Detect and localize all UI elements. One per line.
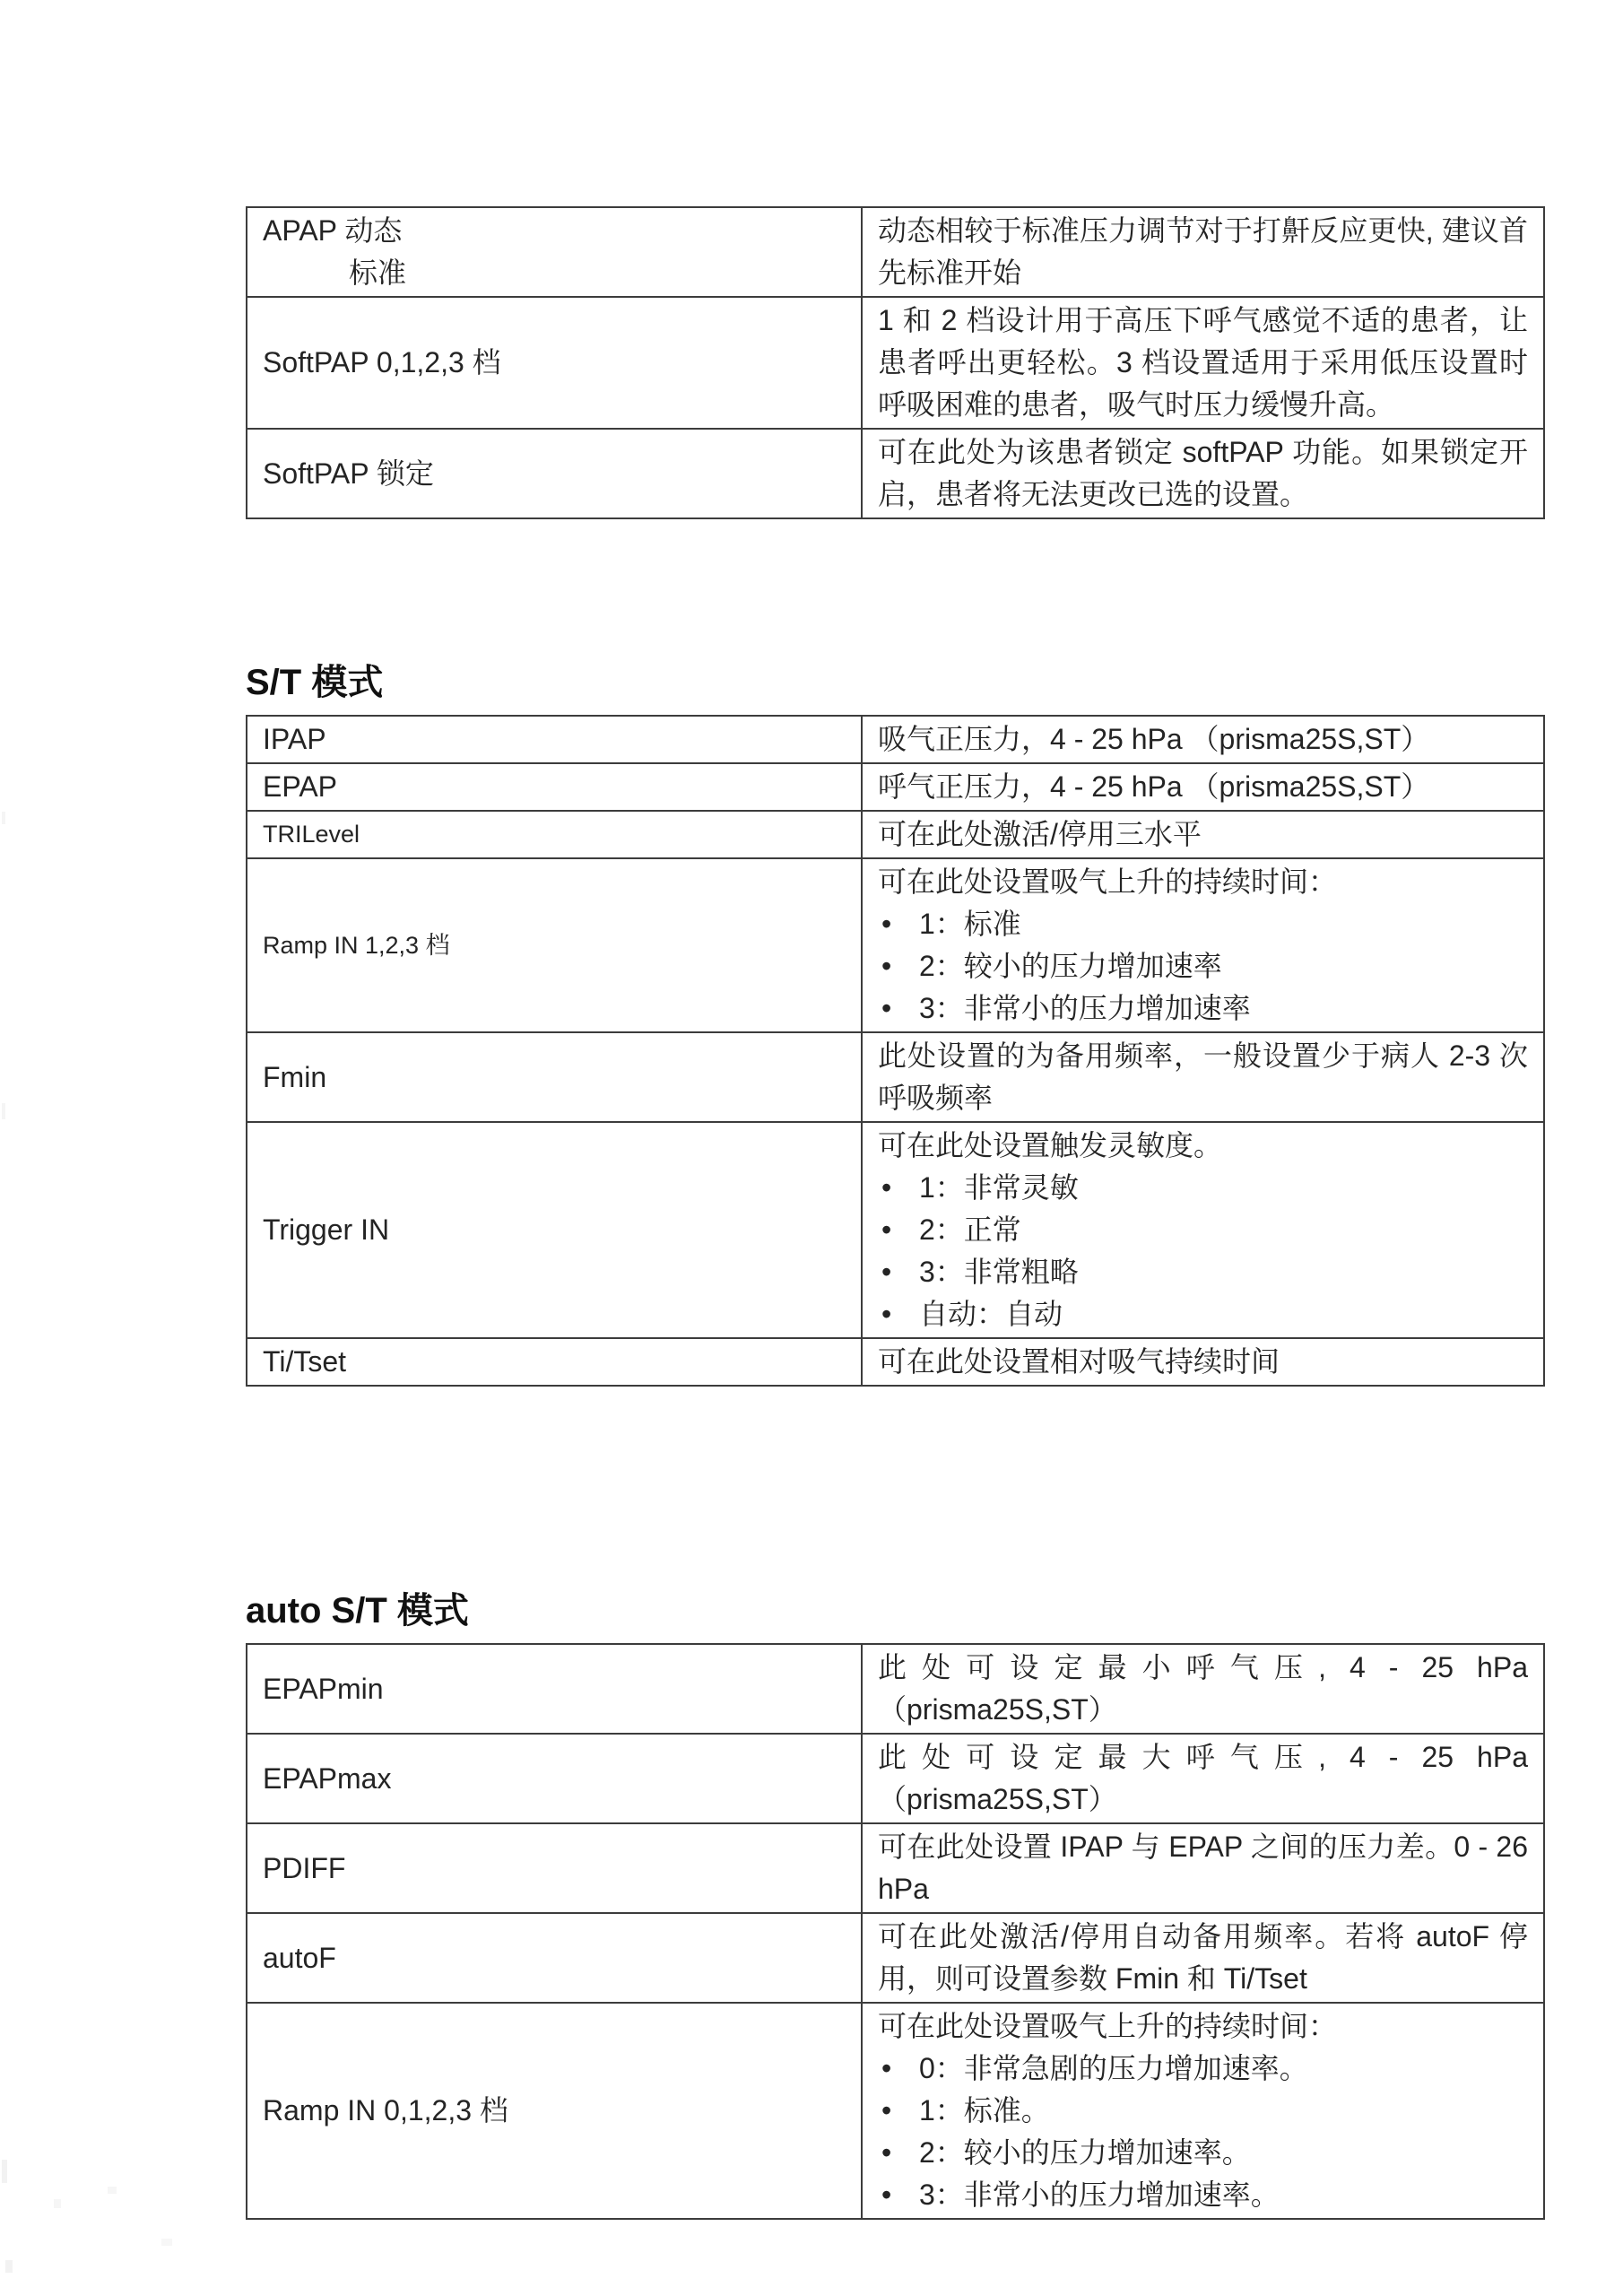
bullet-item: 3：非常小的压力增加速率 [878, 987, 1528, 1030]
table-row: Trigger IN 可在此处设置触发灵敏度。 1：非常灵敏 2：正常 3：非常… [247, 1122, 1544, 1338]
param-description: 吸气正压力，4 - 25 hPa （prisma25S,ST） [878, 718, 1528, 761]
param-cell-softpap-levels: SoftPAP 0,1,2,3 档 [247, 297, 862, 429]
param-label: TRILevel [263, 813, 846, 856]
table-row: Ramp IN 0,1,2,3 档 可在此处设置吸气上升的持续时间： 0：非常急… [247, 2003, 1544, 2219]
param-label: EPAP [263, 766, 846, 808]
section-heading-auto-st-mode: auto S/T 模式 [246, 1591, 1545, 1631]
param-description: 此处可设定最大呼气压, 4 - 25 hPa （prisma25S,ST） [878, 1736, 1528, 1821]
param-cell-epapmin: EPAPmin [247, 1644, 862, 1734]
scan-noise-artifact [2, 812, 5, 824]
scan-noise-artifact [161, 2239, 172, 2246]
param-cell-ramp-in-123: Ramp IN 1,2,3 档 [247, 858, 862, 1032]
scan-noise-artifact [54, 2199, 61, 2208]
param-label: EPAPmin [263, 1668, 846, 1710]
param-cell-epapmax: EPAPmax [247, 1734, 862, 1823]
param-cell-epap: EPAP [247, 763, 862, 811]
param-description: 可在此处激活/停用三水平 [878, 813, 1528, 856]
scan-noise-artifact [2, 1103, 5, 1119]
table-row: autoF 可在此处激活/停用自动备用频率。若将 autoF 停用，则可设置参数… [247, 1913, 1544, 2003]
param-description: 可在此处设置 IPAP 与 EPAP 之间的压力差。0 - 26 hPa [878, 1826, 1528, 1910]
param-label: Ramp IN 1,2,3 档 [263, 925, 846, 967]
desc-cell: 1 和 2 档设计用于高压下呼气感觉不适的患者，让患者呼出更轻松。3 档设置适用… [862, 297, 1544, 429]
bullet-item: 0：非常急剧的压力增加速率。 [878, 2048, 1528, 2090]
param-cell-ipap: IPAP [247, 716, 862, 763]
desc-cell: 可在此处设置吸气上升的持续时间： 0：非常急剧的压力增加速率。 1：标准。 2：… [862, 2003, 1544, 2219]
table-row: APAP 动态 标准 动态相较于标准压力调节对于打鼾反应更快, 建议首先标准开始 [247, 207, 1544, 297]
apap-softpap-table: APAP 动态 标准 动态相较于标准压力调节对于打鼾反应更快, 建议首先标准开始… [246, 206, 1545, 519]
st-mode-table: IPAP 吸气正压力，4 - 25 hPa （prisma25S,ST） EPA… [246, 715, 1545, 1387]
desc-cell: 可在此处设置吸气上升的持续时间： 1：标准 2：较小的压力增加速率 3：非常小的… [862, 858, 1544, 1032]
desc-cell: 可在此处激活/停用自动备用频率。若将 autoF 停用，则可设置参数 Fmin … [862, 1913, 1544, 2003]
bullet-item: 1：标准 [878, 903, 1528, 945]
param-label: Fmin [263, 1057, 846, 1099]
section-heading-st-mode: S/T 模式 [246, 663, 1545, 702]
param-label: Ramp IN 0,1,2,3 档 [263, 2090, 846, 2132]
param-label: Trigger IN [263, 1209, 846, 1251]
param-label: SoftPAP 0,1,2,3 档 [263, 342, 846, 384]
param-cell-trilevel: TRILevel [247, 811, 862, 858]
table-row: EPAPmax 此处可设定最大呼气压, 4 - 25 hPa （prisma25… [247, 1734, 1544, 1823]
page-content: APAP 动态 标准 动态相较于标准压力调节对于打鼾反应更快, 建议首先标准开始… [246, 0, 1545, 2220]
param-description-intro: 可在此处设置触发灵敏度。 [878, 1125, 1528, 1167]
param-cell-apap-dynamic: APAP 动态 标准 [247, 207, 862, 297]
param-description: 此处设置的为备用频率，一般设置少于病人 2-3 次呼吸频率 [878, 1035, 1528, 1119]
param-description: 可在此处为该患者锁定 softPAP 功能。如果锁定开启，患者将无法更改已选的设… [878, 431, 1528, 516]
param-cell-pdiff: PDIFF [247, 1823, 862, 1913]
desc-cell: 可在此处为该患者锁定 softPAP 功能。如果锁定开启，患者将无法更改已选的设… [862, 429, 1544, 518]
param-cell-autof: autoF [247, 1913, 862, 2003]
bullet-item: 2：较小的压力增加速率。 [878, 2132, 1528, 2174]
param-cell-ramp-in-0123: Ramp IN 0,1,2,3 档 [247, 2003, 862, 2219]
desc-cell: 此处可设定最大呼气压, 4 - 25 hPa （prisma25S,ST） [862, 1734, 1544, 1823]
table-row: PDIFF 可在此处设置 IPAP 与 EPAP 之间的压力差。0 - 26 h… [247, 1823, 1544, 1913]
param-cell-trigger-in: Trigger IN [247, 1122, 862, 1338]
param-label: Ti/Tset [263, 1341, 846, 1383]
bullet-item: 2：较小的压力增加速率 [878, 945, 1528, 987]
param-cell-ti-tset: Ti/Tset [247, 1338, 862, 1386]
param-description: 此处可设定最小呼气压, 4 - 25 hPa （prisma25S,ST） [878, 1647, 1528, 1731]
desc-cell: 可在此处设置相对吸气持续时间 [862, 1338, 1544, 1386]
desc-cell: 可在此处设置触发灵敏度。 1：非常灵敏 2：正常 3：非常粗略 自动：自动 [862, 1122, 1544, 1338]
param-description: 可在此处激活/停用自动备用频率。若将 autoF 停用，则可设置参数 Fmin … [878, 1916, 1528, 2000]
param-cell-softpap-lock: SoftPAP 锁定 [247, 429, 862, 518]
param-label: IPAP [263, 718, 846, 761]
scan-noise-artifact [2, 2160, 7, 2183]
param-label: EPAPmax [263, 1758, 846, 1800]
bullet-item: 3：非常小的压力增加速率。 [878, 2174, 1528, 2216]
table-row: Ramp IN 1,2,3 档 可在此处设置吸气上升的持续时间： 1：标准 2：… [247, 858, 1544, 1032]
param-label-line2: 标准 [263, 252, 846, 294]
param-label: APAP 动态 [263, 210, 846, 252]
desc-cell: 此处设置的为备用频率，一般设置少于病人 2-3 次呼吸频率 [862, 1032, 1544, 1122]
table-row: SoftPAP 0,1,2,3 档 1 和 2 档设计用于高压下呼气感觉不适的患… [247, 297, 1544, 429]
desc-cell: 可在此处设置 IPAP 与 EPAP 之间的压力差。0 - 26 hPa [862, 1823, 1544, 1913]
desc-cell: 可在此处激活/停用三水平 [862, 811, 1544, 858]
desc-cell: 动态相较于标准压力调节对于打鼾反应更快, 建议首先标准开始 [862, 207, 1544, 297]
param-cell-fmin: Fmin [247, 1032, 862, 1122]
table-row: EPAP 呼气正压力，4 - 25 hPa （prisma25S,ST） [247, 763, 1544, 811]
param-description-intro: 可在此处设置吸气上升的持续时间： [878, 2005, 1528, 2048]
bullet-item: 3：非常粗略 [878, 1251, 1528, 1293]
scan-noise-artifact [5, 2260, 13, 2273]
param-label: PDIFF [263, 1848, 846, 1890]
desc-cell: 此处可设定最小呼气压, 4 - 25 hPa （prisma25S,ST） [862, 1644, 1544, 1734]
table-row: TRILevel 可在此处激活/停用三水平 [247, 811, 1544, 858]
scan-noise-artifact [108, 2187, 117, 2194]
table-row: SoftPAP 锁定 可在此处为该患者锁定 softPAP 功能。如果锁定开启，… [247, 429, 1544, 518]
table-row: Fmin 此处设置的为备用频率，一般设置少于病人 2-3 次呼吸频率 [247, 1032, 1544, 1122]
param-description-intro: 可在此处设置吸气上升的持续时间： [878, 861, 1528, 903]
bullet-item: 1：标准。 [878, 2090, 1528, 2132]
bullet-item: 2：正常 [878, 1209, 1528, 1251]
param-label: SoftPAP 锁定 [263, 453, 846, 495]
param-description: 呼气正压力，4 - 25 hPa （prisma25S,ST） [878, 766, 1528, 808]
desc-cell: 吸气正压力，4 - 25 hPa （prisma25S,ST） [862, 716, 1544, 763]
param-description: 1 和 2 档设计用于高压下呼气感觉不适的患者，让患者呼出更轻松。3 档设置适用… [878, 300, 1528, 426]
auto-st-mode-table: EPAPmin 此处可设定最小呼气压, 4 - 25 hPa （prisma25… [246, 1643, 1545, 2220]
table-row: IPAP 吸气正压力，4 - 25 hPa （prisma25S,ST） [247, 716, 1544, 763]
table-row: EPAPmin 此处可设定最小呼气压, 4 - 25 hPa （prisma25… [247, 1644, 1544, 1734]
document-page: APAP 动态 标准 动态相较于标准压力调节对于打鼾反应更快, 建议首先标准开始… [0, 0, 1623, 2296]
desc-cell: 呼气正压力，4 - 25 hPa （prisma25S,ST） [862, 763, 1544, 811]
table-row: Ti/Tset 可在此处设置相对吸气持续时间 [247, 1338, 1544, 1386]
param-description: 动态相较于标准压力调节对于打鼾反应更快, 建议首先标准开始 [878, 210, 1528, 294]
param-description: 可在此处设置相对吸气持续时间 [878, 1341, 1528, 1383]
param-label: autoF [263, 1937, 846, 1979]
bullet-item: 自动：自动 [878, 1293, 1528, 1335]
bullet-item: 1：非常灵敏 [878, 1167, 1528, 1209]
